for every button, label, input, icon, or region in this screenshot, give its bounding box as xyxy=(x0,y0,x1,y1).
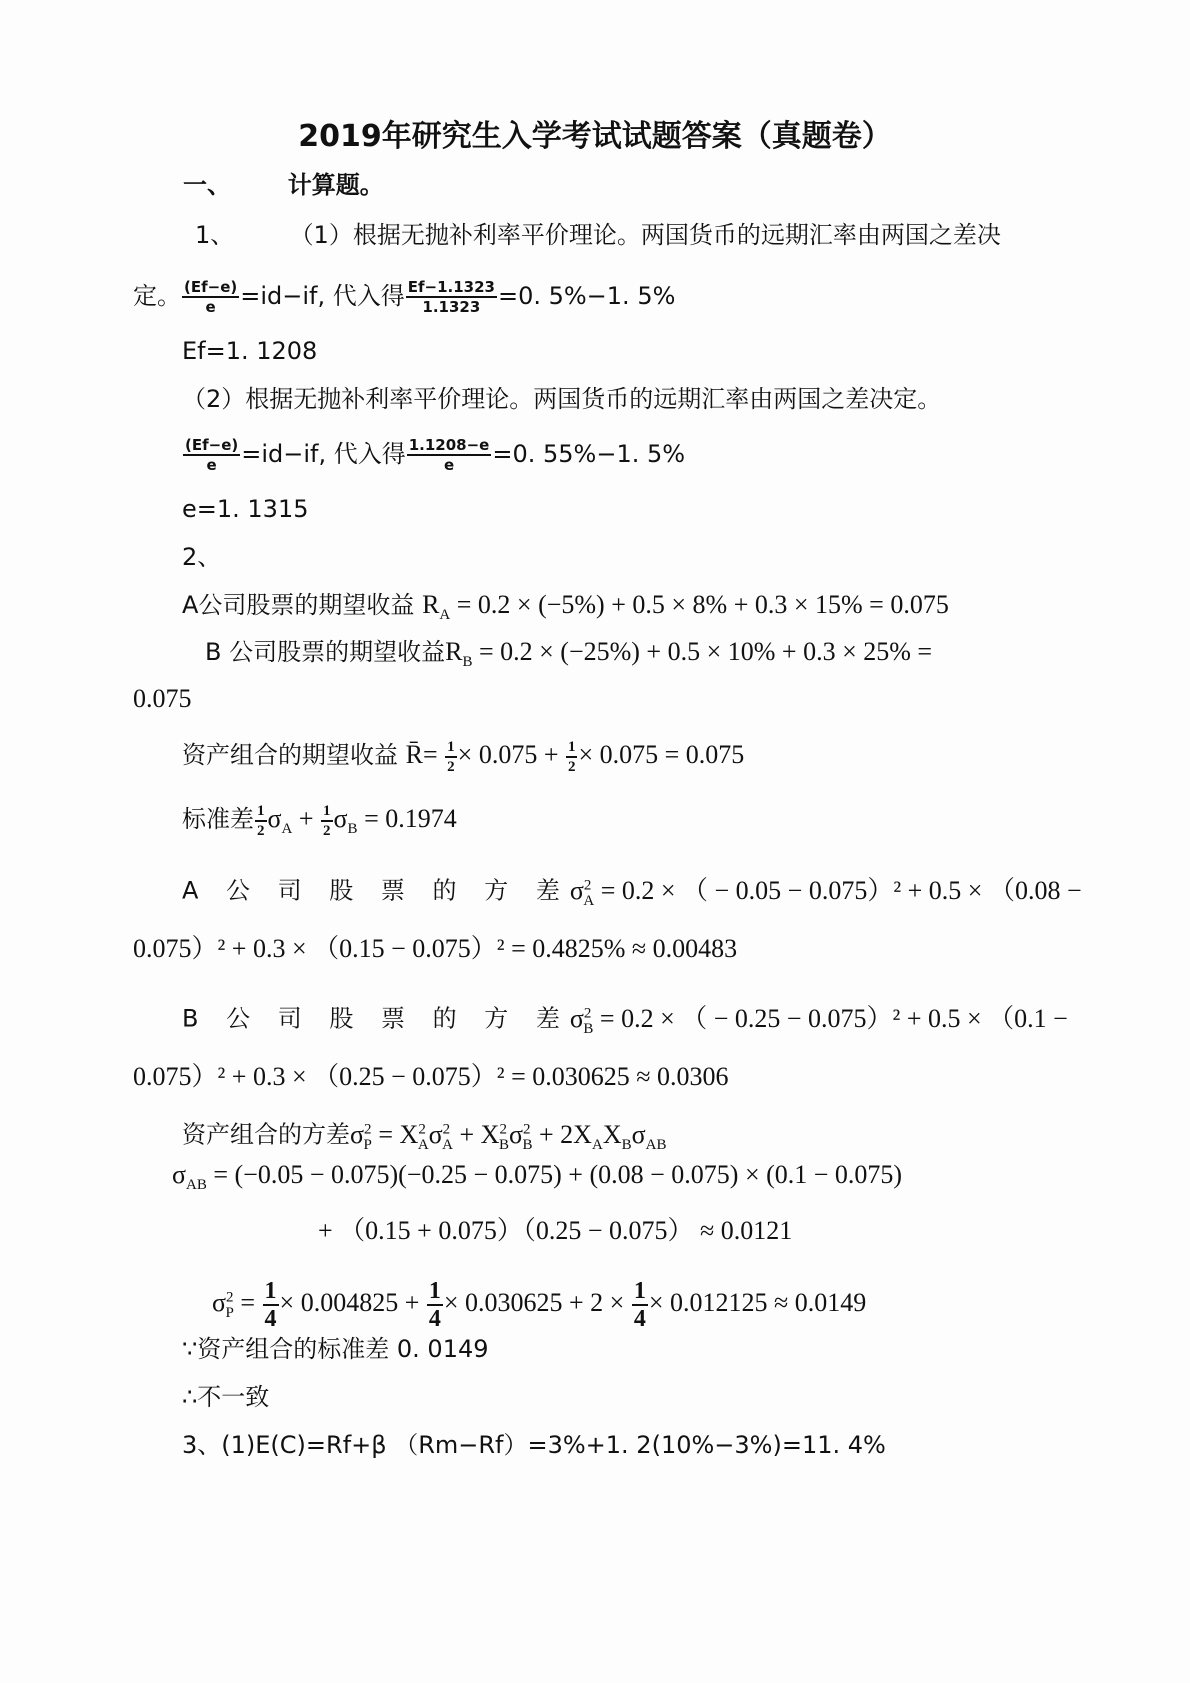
formula: × 0.030625 + 2 × xyxy=(444,1288,631,1317)
q2-rb: B 公司股票的期望收益RB = 0.2 × (−25%) + 0.5 × 10%… xyxy=(205,637,932,677)
formula: = 0.1974 xyxy=(364,804,457,833)
question-number: 1、 xyxy=(195,221,234,249)
q2-because: ∵资产组合的标准差 0. 0149 xyxy=(182,1334,489,1364)
section-number: 一、 xyxy=(183,171,231,199)
math: σ2A = 0.2 × （ − 0.05 − 0.075）² + 0.5 × （… xyxy=(570,876,1082,905)
math: σ2B = 0.2 × （ − 0.25 − 0.075）² + 0.5 × （… xyxy=(570,1004,1068,1033)
text: 资产组合的期望收益 xyxy=(182,741,398,769)
q2-rb-result: 0.075 xyxy=(133,684,192,714)
q3-line1: 3、(1)E(C)=Rf+β （Rm−Rf）=3%+1. 2(10%−3%)=1… xyxy=(182,1430,886,1460)
q2-std: 标准差12σA + 12σB = 0.1974 xyxy=(182,802,457,844)
formula: × 0.075 = 0.075 xyxy=(578,740,744,769)
section-label: 计算题。 xyxy=(288,171,384,199)
q1-part2-intro: （2）根据无抛补利率平价理论。两国货币的远期汇率由两国之差决定。 xyxy=(182,384,941,414)
formula: × 0.075 + xyxy=(458,740,565,769)
formula: × 0.004825 + xyxy=(280,1288,426,1317)
page-title: 2019年研究生入学考试试题答案（真题卷） xyxy=(0,122,1190,152)
q2-var-a-cont: 0.075）² + 0.3 × （0.15 − 0.075）² = 0.4825… xyxy=(133,934,737,964)
numerator: 1.1208−e xyxy=(407,436,492,456)
denominator: e xyxy=(183,456,240,474)
numerator: Ef−1.1323 xyxy=(406,278,497,298)
fraction: (Ef−e)e xyxy=(182,278,239,316)
q1-part1-formula: 定。(Ef−e)e=id−if, 代入得Ef−1.13231.1323=0. 5… xyxy=(133,278,675,316)
q2-portfolio-return: 资产组合的期望收益 R̄= 12× 0.075 + 12× 0.075 = 0.… xyxy=(182,738,744,776)
q2-var-b-cont: 0.075）² + 0.3 × （0.25 − 0.075）² = 0.0306… xyxy=(133,1062,729,1092)
fraction: 1.1208−ee xyxy=(407,436,492,474)
q2-number: 2、 xyxy=(182,542,221,572)
text: 定。 xyxy=(133,282,181,310)
numerator: (Ef−e) xyxy=(183,436,240,456)
q2-sigma-p: σ2P = 14× 0.004825 + 14× 0.030625 + 2 × … xyxy=(212,1278,866,1332)
q2-ra: A公司股票的期望收益 RA = 0.2 × (−5%) + 0.5 × 8% +… xyxy=(182,590,949,630)
numerator: (Ef−e) xyxy=(182,278,239,298)
formula: × 0.012125 ≈ 0.0149 xyxy=(649,1288,866,1317)
q1-part1-text: （1）根据无抛补利率平价理论。两国货币的远期汇率由两国之差决 xyxy=(290,221,1001,249)
denominator: e xyxy=(182,298,239,316)
text: =0. 5%−1. 5% xyxy=(498,282,675,310)
text: 资产组合的方差 xyxy=(182,1121,350,1149)
section-heading: 一、 计算题。 xyxy=(183,170,384,200)
denominator: 1.1323 xyxy=(406,298,497,316)
q2-therefore: ∴不一致 xyxy=(182,1382,269,1412)
formula: = 0.2 × （ − 0.05 − 0.075）² + 0.5 × （0.08… xyxy=(601,876,1082,905)
math: σ2P = X2Aσ2A + X2Bσ2B + 2XAXBσAB xyxy=(350,1120,666,1149)
formula: = 0.2 × (−25%) + 0.5 × 10% + 0.3 × 25% = xyxy=(479,637,932,666)
q2-covariance-cont: + （0.15 + 0.075）（0.25 − 0.075） ≈ 0.0121 xyxy=(318,1216,792,1246)
fraction: Ef−1.13231.1323 xyxy=(406,278,497,316)
q1-part2-result: e=1. 1315 xyxy=(182,494,308,524)
text: =id−if, 代入得 xyxy=(240,282,405,310)
formula: = (−0.05 − 0.075)(−0.25 − 0.075) + (0.08… xyxy=(213,1160,902,1189)
fraction: 12 xyxy=(445,738,457,776)
q2-var-a: A 公 司 股 票 的 方 差σ2A = 0.2 × （ − 0.05 − 0.… xyxy=(182,870,1082,916)
text: B 公司股票的期望收益 xyxy=(205,638,445,666)
text: A 公 司 股 票 的 方 差 xyxy=(182,877,570,905)
math: RB = 0.2 × (−25%) + 0.5 × 10% + 0.3 × 25… xyxy=(445,637,932,666)
fraction: (Ef−e)e xyxy=(183,436,240,474)
math: RA = 0.2 × (−5%) + 0.5 × 8% + 0.3 × 15% … xyxy=(422,590,949,619)
q2-covariance: σAB = (−0.05 − 0.075)(−0.25 − 0.075) + (… xyxy=(172,1160,902,1200)
formula: = xyxy=(423,740,444,769)
q1-part1-result: Ef=1. 1208 xyxy=(182,336,317,366)
math: 12σA + 12σB = 0.1974 xyxy=(254,804,457,833)
q1-part1-intro: 1、 （1）根据无抛补利率平价理论。两国货币的远期汇率由两国之差决 xyxy=(195,220,1001,250)
text: =id−if, 代入得 xyxy=(241,440,406,468)
document-page: 2019年研究生入学考试试题答案（真题卷） 一、 计算题。 1、 （1）根据无抛… xyxy=(0,0,1190,1683)
text: 标准差 xyxy=(182,805,254,833)
q2-portfolio-var: 资产组合的方差σ2P = X2Aσ2A + X2Bσ2B + 2XAXBσAB xyxy=(182,1114,666,1160)
text: A公司股票的期望收益 xyxy=(182,591,414,619)
text: B 公 司 股 票 的 方 差 xyxy=(182,1005,570,1033)
math: R̄= 12× 0.075 + 12× 0.075 = 0.075 xyxy=(406,740,745,769)
denominator: e xyxy=(407,456,492,474)
fraction: 12 xyxy=(566,738,578,776)
formula: = 0.2 × (−5%) + 0.5 × 8% + 0.3 × 15% = 0… xyxy=(457,590,949,619)
formula: = 0.2 × （ − 0.25 − 0.075）² + 0.5 × （0.1 … xyxy=(600,1004,1068,1033)
q1-part2-formula: (Ef−e)e=id−if, 代入得1.1208−ee=0. 55%−1. 5% xyxy=(182,436,685,474)
q2-var-b: B 公 司 股 票 的 方 差σ2B = 0.2 × （ − 0.25 − 0.… xyxy=(182,998,1068,1044)
text: =0. 55%−1. 5% xyxy=(492,440,685,468)
